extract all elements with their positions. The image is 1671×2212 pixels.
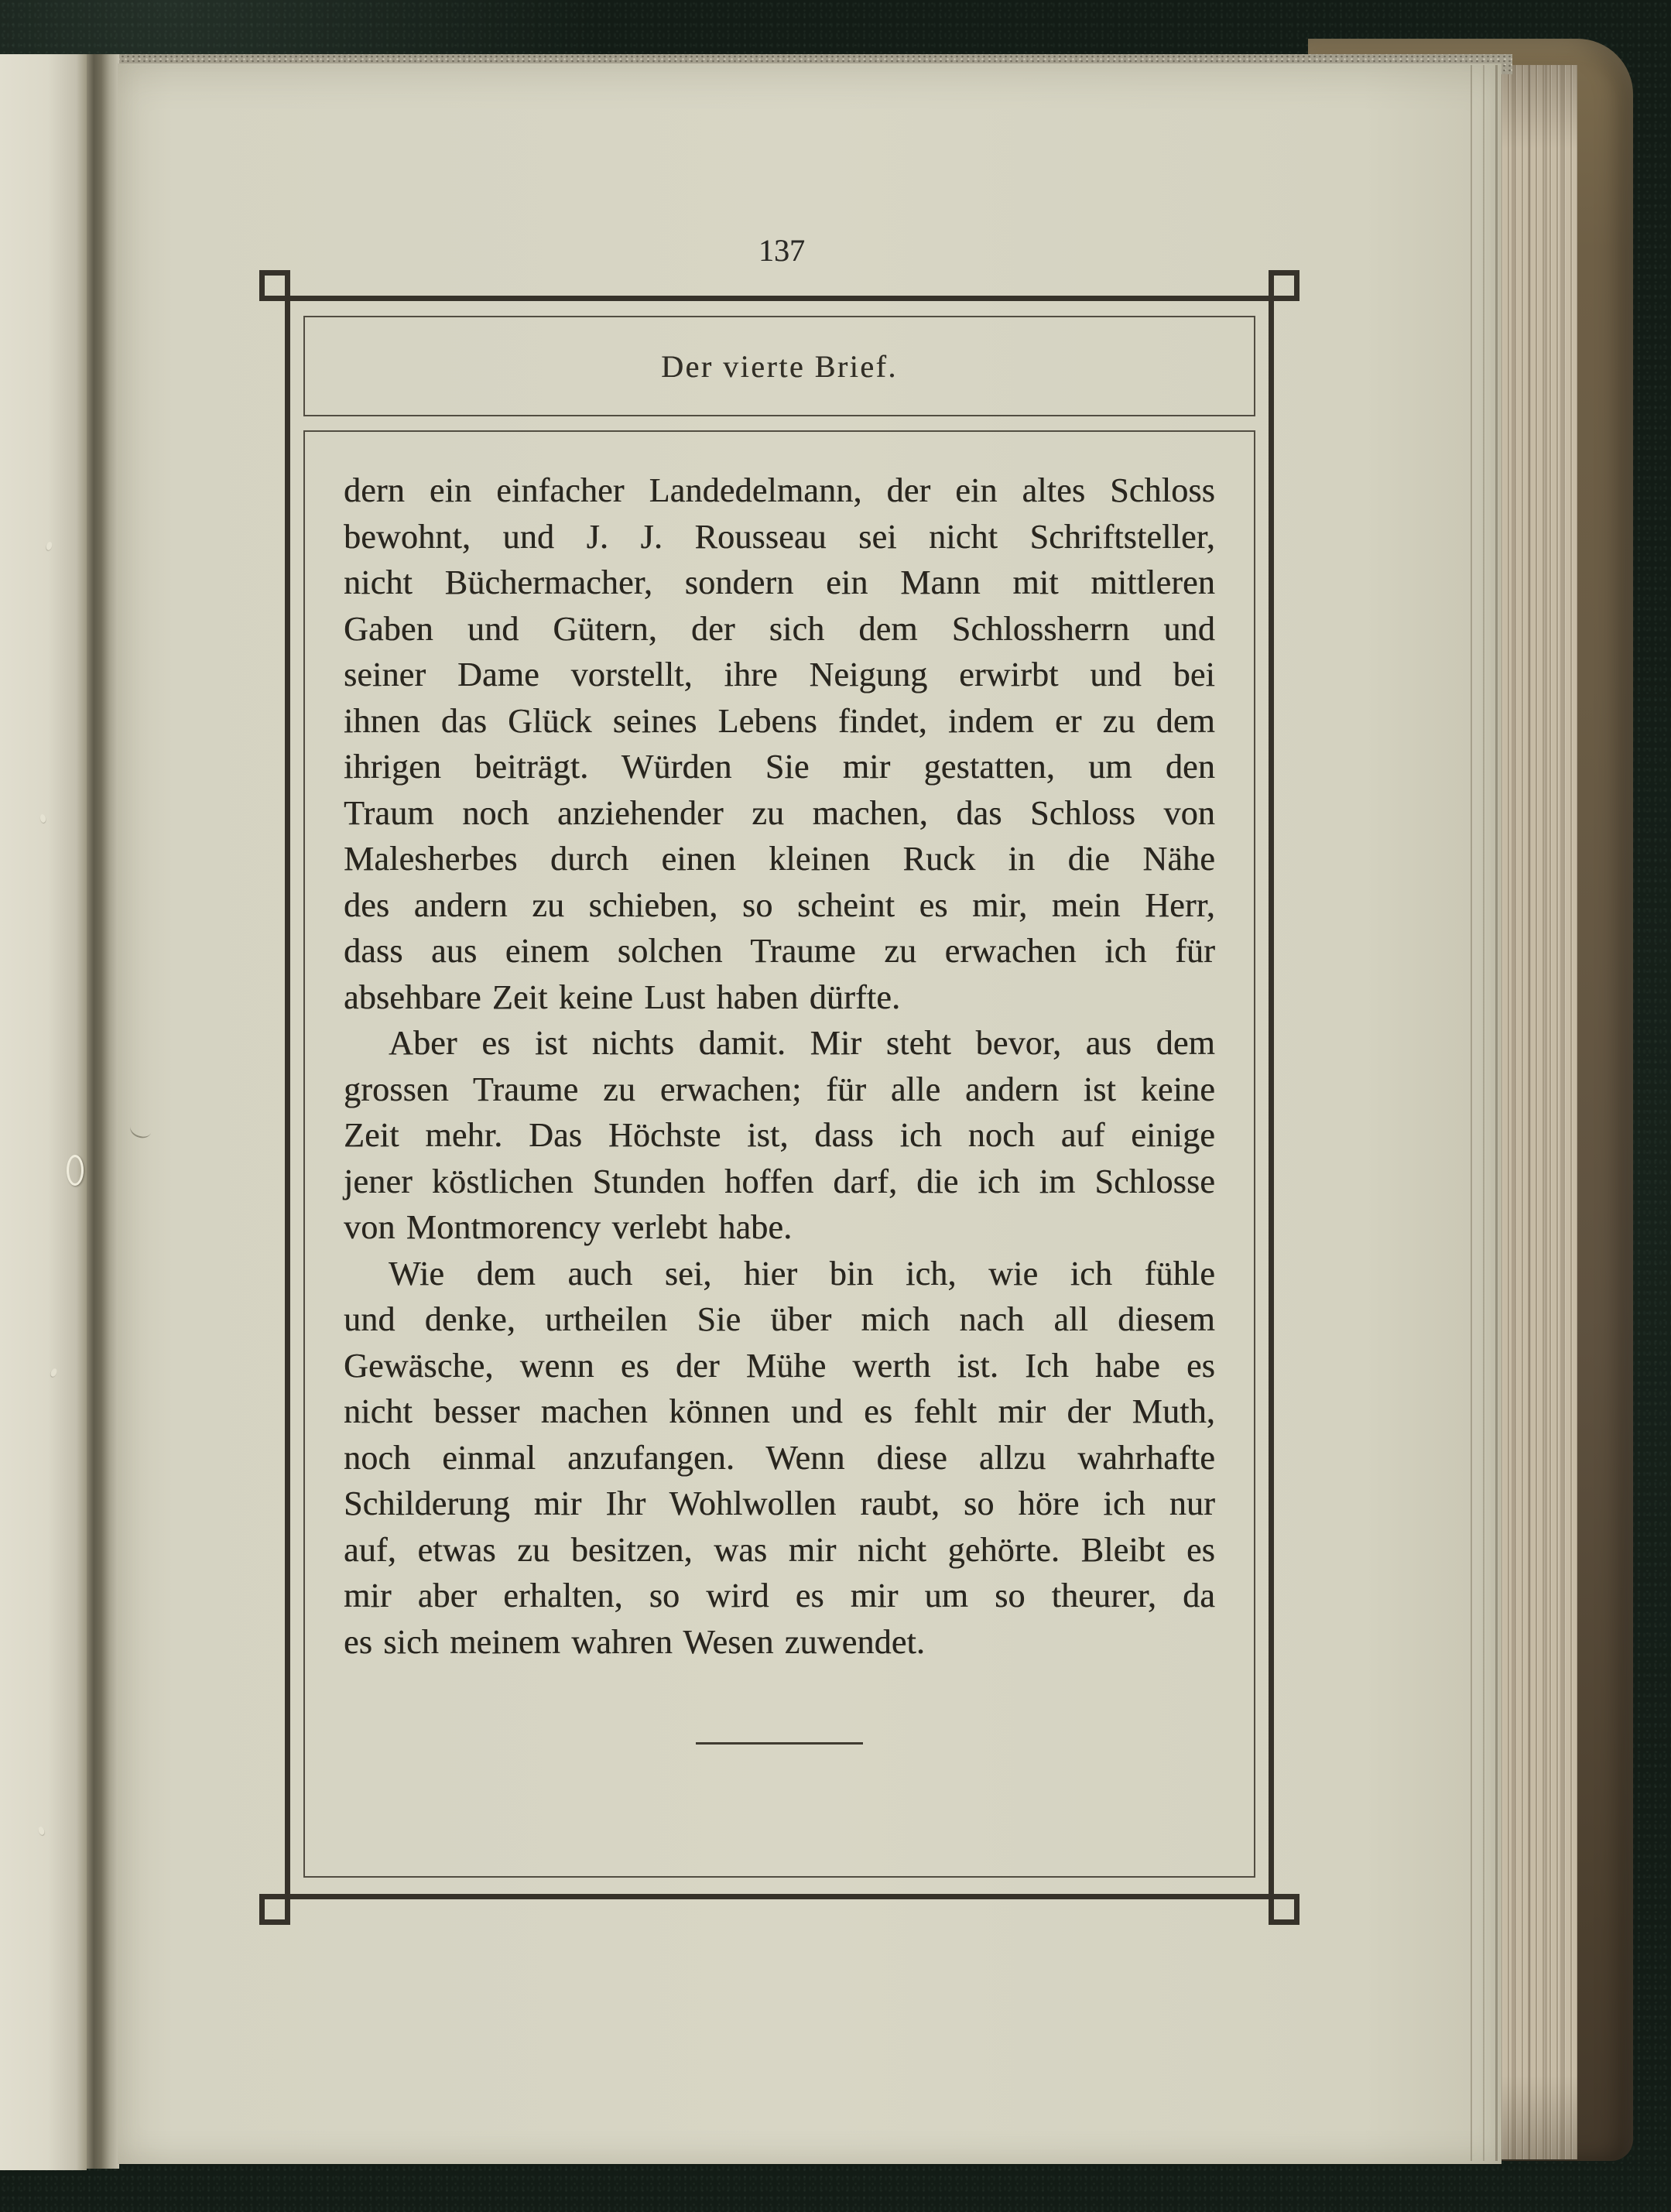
gutter-shadow <box>87 54 119 2169</box>
text-line: jener köstlichen Stunden hoffen darf, di… <box>344 1159 1215 1205</box>
text-line: noch einmal anzufangen. Wenn diese allzu… <box>344 1435 1215 1481</box>
text-line: absehbare Zeit keine Lust haben dürfte. <box>344 974 1215 1021</box>
paragraph: Wie dem auch sei, hier bin ich, wie ich … <box>344 1251 1215 1666</box>
facing-page-sliver <box>0 54 87 2170</box>
text-line: Malesherbes durch einen kleinen Ruck in … <box>344 836 1215 882</box>
text-line: es sich meinem wahren Wesen zuwendet. <box>344 1619 1215 1666</box>
paragraph: dern ein einfacher Landedelmann, der ein… <box>344 467 1215 1020</box>
frame-corner-square-top-right <box>1269 270 1299 301</box>
text-line: Aber es ist nichts damit. Mir steht bevo… <box>344 1020 1215 1067</box>
binding-stitch-mark <box>67 1155 84 1186</box>
text-line: Gaben und Gütern, der sich dem Schlosshe… <box>344 606 1215 652</box>
text-line: auf, etwas zu besitzen, was mir nicht ge… <box>344 1527 1215 1573</box>
text-line: ihrigen beiträgt. Würden Sie mir gestatt… <box>344 744 1215 790</box>
text-line: bewohnt, und J. J. Rousseau sei nicht Sc… <box>344 514 1215 560</box>
text-line: ihnen das Glück seines Lebens findet, in… <box>344 698 1215 745</box>
text-line: Zeit mehr. Das Höchste ist, dass ich noc… <box>344 1112 1215 1159</box>
frame-corner-square-bottom-left <box>259 1894 290 1925</box>
frame-corner-square-bottom-right <box>1269 1894 1299 1925</box>
chapter-header-box: Der vierte Brief. <box>303 316 1255 416</box>
text-line: mir aber erhalten, so wird es mir um so … <box>344 1573 1215 1619</box>
page-edge-lines <box>1466 65 1502 2161</box>
text-line: dern ein einfacher Landedelmann, der ein… <box>344 467 1215 514</box>
text-line: und denke, urtheilen Sie über mich nach … <box>344 1296 1215 1343</box>
body-text: dern ein einfacher Landedelmann, der ein… <box>344 467 1215 1665</box>
text-line: Wie dem auch sei, hier bin ich, wie ich … <box>344 1251 1215 1297</box>
text-line: des andern zu schieben, so scheint es mi… <box>344 882 1215 929</box>
chapter-title: Der vierte Brief. <box>661 348 898 385</box>
frame-corner-square-top-left <box>259 270 290 301</box>
text-line: von Montmorency verlebt habe. <box>344 1204 1215 1251</box>
text-line: Schilderung mir Ihr Wohlwollen raubt, so… <box>344 1481 1215 1527</box>
text-line: nicht besser machen können und es fehlt … <box>344 1388 1215 1435</box>
page-number: 137 <box>728 232 836 269</box>
section-divider-rule <box>696 1742 863 1745</box>
text-line: Gewäsche, wenn es der Mühe werth ist. Ic… <box>344 1343 1215 1389</box>
text-line: nicht Büchermacher, sondern ein Mann mit… <box>344 560 1215 606</box>
text-line: seiner Dame vorstellt, ihre Neigung erwi… <box>344 652 1215 698</box>
paragraph: Aber es ist nichts damit. Mir steht bevo… <box>344 1020 1215 1251</box>
book-photo: 137 Der vierte Brief. dern ein einfacher… <box>0 0 1671 2212</box>
text-line: Traum noch anziehender zu machen, das Sc… <box>344 790 1215 837</box>
text-frame-box: dern ein einfacher Landedelmann, der ein… <box>303 430 1255 1878</box>
text-line: dass aus einem solchen Traume zu erwache… <box>344 928 1215 974</box>
fore-edge-page-stack <box>1498 65 1577 2159</box>
text-line: grossen Traume zu erwachen; für alle and… <box>344 1067 1215 1113</box>
